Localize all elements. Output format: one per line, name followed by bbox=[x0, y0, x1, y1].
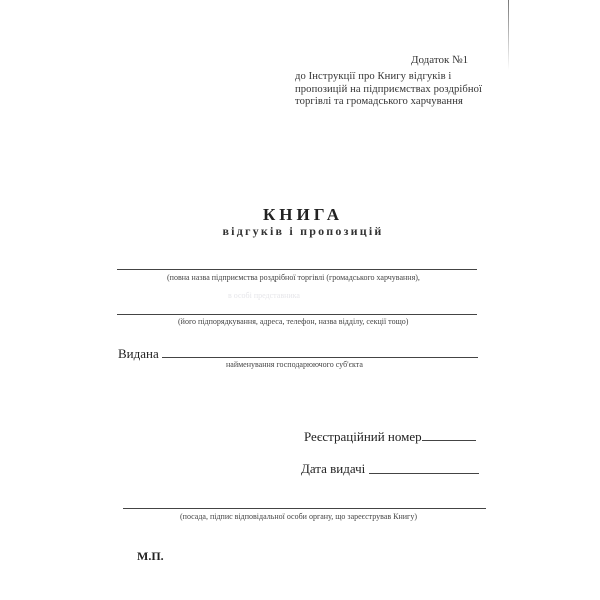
address-hint: (його підпорядкування, адреса, телефон, … bbox=[178, 317, 408, 326]
enterprise-name-line[interactable] bbox=[117, 269, 477, 270]
annex-reference: до Інструкції про Книгу відгуків і пропо… bbox=[295, 71, 505, 109]
signature-hint: (посада, підпис відповідальної особи орг… bbox=[180, 512, 417, 521]
registration-number-label: Реєстраційний номер bbox=[304, 429, 422, 445]
stamp-place-label: М.П. bbox=[137, 549, 164, 564]
annex-number: Додаток №1 bbox=[411, 54, 468, 66]
book-title: КНИГА bbox=[0, 205, 600, 225]
signature-line[interactable] bbox=[123, 508, 486, 509]
issue-date-line[interactable] bbox=[369, 473, 479, 474]
scan-edge-line bbox=[508, 0, 509, 70]
book-subtitle: відгуків і пропозицій bbox=[0, 224, 600, 239]
registration-number-line[interactable] bbox=[422, 440, 476, 441]
issued-hint: найменування господарюючого суб'єкта bbox=[226, 360, 363, 369]
issued-line[interactable] bbox=[162, 357, 478, 358]
issued-label: Видана bbox=[118, 346, 159, 362]
document-page: Додаток №1 до Інструкції про Книгу відгу… bbox=[0, 0, 600, 600]
address-line[interactable] bbox=[117, 314, 477, 315]
show-through-text: в особі представника bbox=[228, 291, 300, 300]
issue-date-label: Дата видачі bbox=[301, 461, 365, 477]
enterprise-name-hint: (повна назва підприємства роздрібної тор… bbox=[167, 273, 420, 282]
